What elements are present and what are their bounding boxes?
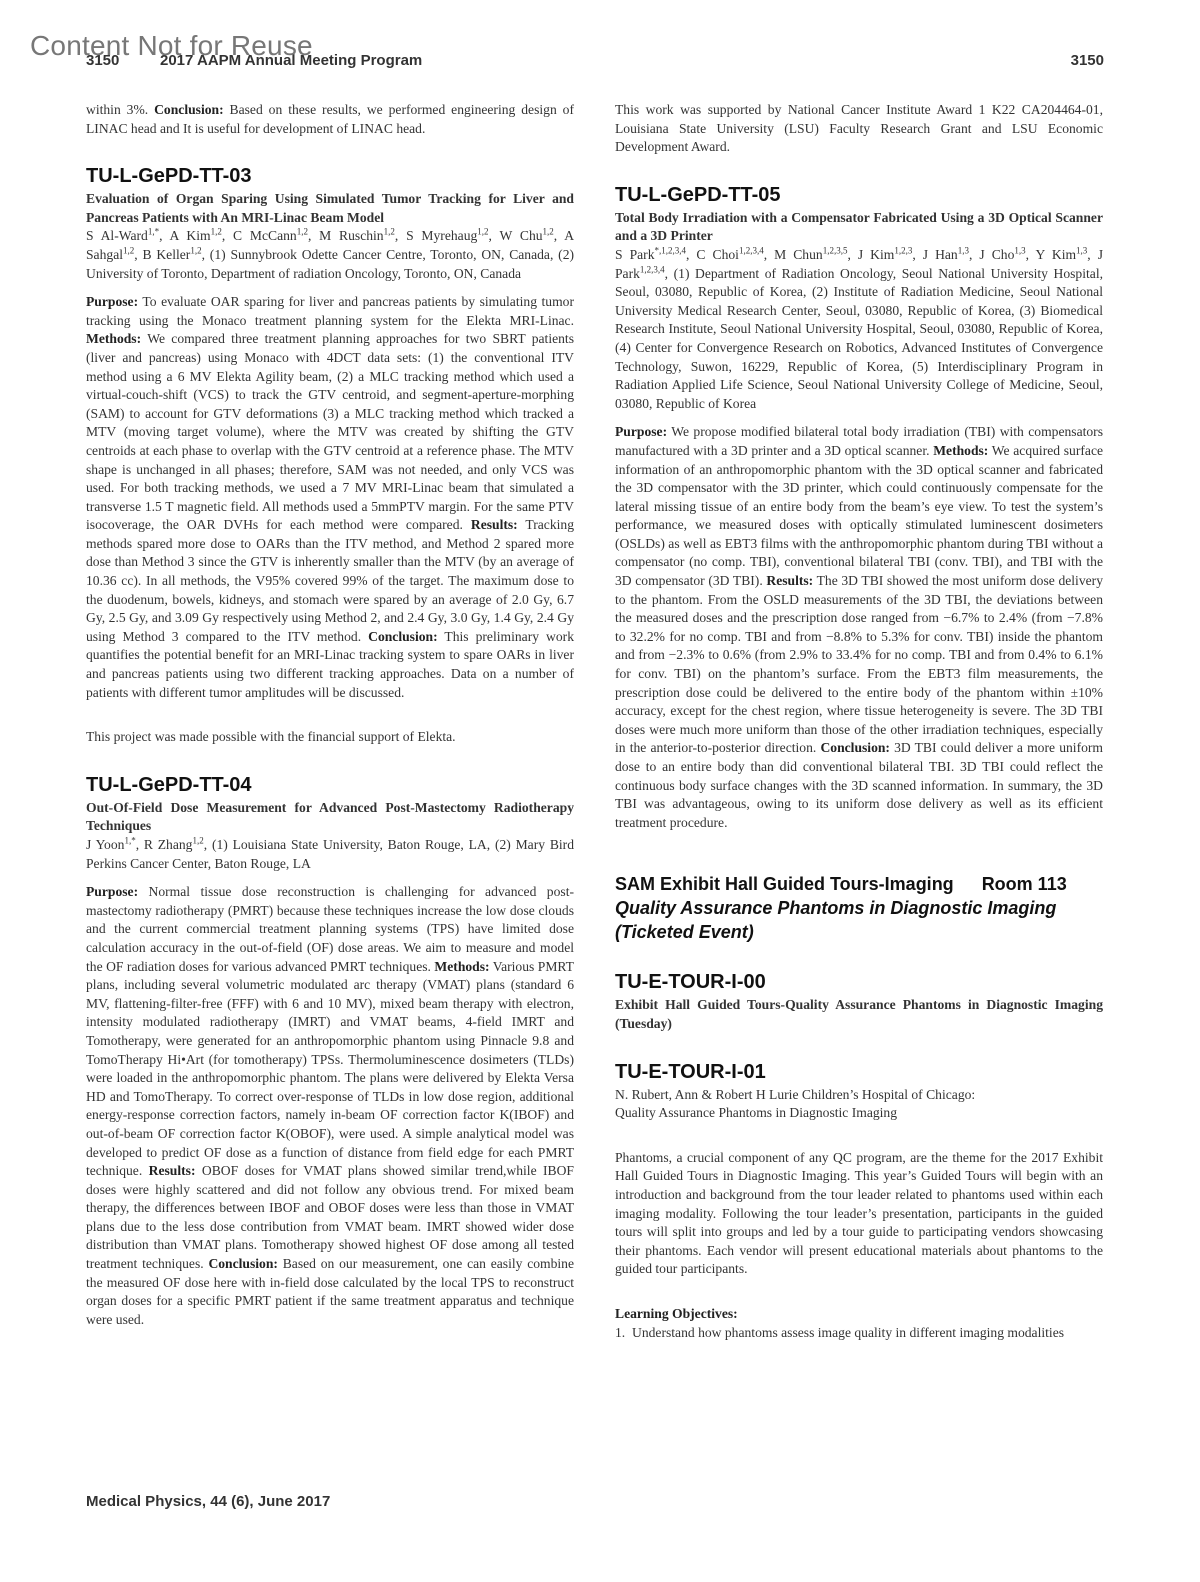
author: M Chun1,2,3,5: [774, 247, 847, 262]
conclusion-label: Conclusion:: [820, 740, 890, 755]
abstract-tu-l-gepd-tt-05: TU-L-GePD-TT-05 Total Body Irradiation w…: [615, 183, 1103, 833]
abstract-tu-l-gepd-tt-03: TU-L-GePD-TT-03 Evaluation of Organ Spar…: [86, 164, 574, 747]
methods-label: Methods:: [933, 443, 988, 458]
tour-tu-e-tour-i-00: TU-E-TOUR-I-00 Exhibit Hall Guided Tours…: [615, 970, 1103, 1033]
author: R Zhang1,2: [144, 837, 204, 852]
abstract-body: Purpose: We propose modified bilateral t…: [615, 423, 1103, 832]
session-subtitle: Quality Assurance Phantoms in Diagnostic…: [615, 896, 1103, 944]
abstract-title: Total Body Irradiation with a Compensato…: [615, 209, 1103, 246]
author: J Yoon1,*: [86, 837, 136, 852]
author: C McCann1,2: [233, 228, 308, 243]
abstract-authors: J Yoon1,*, R Zhang1,2, (1) Louisiana Sta…: [86, 836, 574, 873]
abstract-id: TU-L-GePD-TT-05: [615, 183, 1103, 207]
continued-text: within 3%. Conclusion: Based on these re…: [86, 101, 574, 138]
methods-text: We acquired surface information of an an…: [615, 443, 1103, 588]
results-text: Tracking methods spared more dose to OAR…: [86, 517, 574, 644]
learning-objectives-heading: Learning Objectives:: [615, 1305, 1103, 1324]
author: W Chu1,2: [500, 228, 554, 243]
methods-text: Various PMRT plans, including several vo…: [86, 959, 574, 1179]
learning-objective-item: 1.Understand how phantoms assess image q…: [615, 1324, 1103, 1343]
author: J Kim1,2,3: [858, 247, 912, 262]
continued-text-prefix: within 3%.: [86, 102, 154, 117]
author: A Kim1,2: [170, 228, 222, 243]
page-number-right: 3150: [1071, 52, 1104, 69]
right-column: This work was supported by National Canc…: [615, 101, 1103, 1342]
conclusion-label: Conclusion:: [208, 1256, 278, 1271]
purpose-label: Purpose:: [615, 424, 667, 439]
tour-description: Phantoms, a crucial component of any QC …: [615, 1149, 1103, 1279]
abstract-id: TU-E-TOUR-I-00: [615, 970, 1103, 994]
author: Y Kim1,3: [1036, 247, 1088, 262]
author: C Choi1,2,3,4: [696, 247, 763, 262]
abstract-tu-l-gepd-tt-04: TU-L-GePD-TT-04 Out-Of-Field Dose Measur…: [86, 773, 574, 1330]
results-label: Results:: [766, 573, 813, 588]
abstract-id: TU-L-GePD-TT-04: [86, 773, 574, 797]
funding-statement: This work was supported by National Canc…: [615, 101, 1103, 157]
acknowledgment: This project was made possible with the …: [86, 728, 574, 747]
left-column: within 3%. Conclusion: Based on these re…: [86, 101, 574, 1339]
conclusion-label: Conclusion:: [154, 102, 224, 117]
abstract-body: Purpose: To evaluate OAR sparing for liv…: [86, 293, 574, 702]
footer-citation: Medical Physics, 44 (6), June 2017: [86, 1493, 330, 1510]
abstract-authors: S Park*,1,2,3,4, C Choi1,2,3,4, M Chun1,…: [615, 246, 1103, 413]
author: S Park*,1,2,3,4: [615, 247, 686, 262]
author: B Keller1,2: [142, 247, 201, 262]
session-heading: SAM Exhibit Hall Guided Tours-ImagingRoo…: [615, 872, 1103, 896]
learning-objectives-list: 1.Understand how phantoms assess image q…: [615, 1324, 1103, 1343]
tour-tu-e-tour-i-01: TU-E-TOUR-I-01 N. Rubert, Ann & Robert H…: [615, 1060, 1103, 1343]
author: S Al-Ward1,*: [86, 228, 159, 243]
author: J Han1,3: [923, 247, 969, 262]
purpose-label: Purpose:: [86, 884, 138, 899]
session-room: Room 113: [982, 874, 1067, 894]
author: M Ruschin1,2: [319, 228, 395, 243]
results-label: Results:: [471, 517, 518, 532]
results-text: OBOF doses for VMAT plans showed similar…: [86, 1163, 574, 1271]
session-name: SAM Exhibit Hall Guided Tours-Imaging: [615, 874, 954, 894]
abstract-title: Out-Of-Field Dose Measurement for Advanc…: [86, 799, 574, 836]
methods-label: Methods:: [86, 331, 141, 346]
session-block: SAM Exhibit Hall Guided Tours-ImagingRoo…: [615, 872, 1103, 944]
author: S Myrehaug1,2: [406, 228, 488, 243]
author: J Cho1,3: [979, 247, 1025, 262]
purpose-text: To evaluate OAR sparing for liver and pa…: [86, 294, 574, 328]
tour-authors: N. Rubert, Ann & Robert H Lurie Children…: [615, 1086, 1103, 1123]
abstract-title: Evaluation of Organ Sparing Using Simula…: [86, 190, 574, 227]
conclusion-label: Conclusion:: [368, 629, 438, 644]
tour-title: Exhibit Hall Guided Tours-Quality Assura…: [615, 996, 1103, 1033]
purpose-label: Purpose:: [86, 294, 138, 309]
abstract-authors: S Al-Ward1,*, A Kim1,2, C McCann1,2, M R…: [86, 227, 574, 283]
methods-text: We compared three treatment planning app…: [86, 331, 574, 532]
results-label: Results:: [149, 1163, 196, 1178]
watermark: Content Not for Reuse: [30, 30, 313, 62]
methods-label: Methods:: [434, 959, 489, 974]
abstract-body: Purpose: Normal tissue dose reconstructi…: [86, 883, 574, 1329]
abstract-id: TU-L-GePD-TT-03: [86, 164, 574, 188]
affiliations: (1) Department of Radiation Oncology, Se…: [615, 266, 1103, 411]
results-text: The 3D TBI showed the most uniform dose …: [615, 573, 1103, 755]
abstract-id: TU-E-TOUR-I-01: [615, 1060, 1103, 1084]
